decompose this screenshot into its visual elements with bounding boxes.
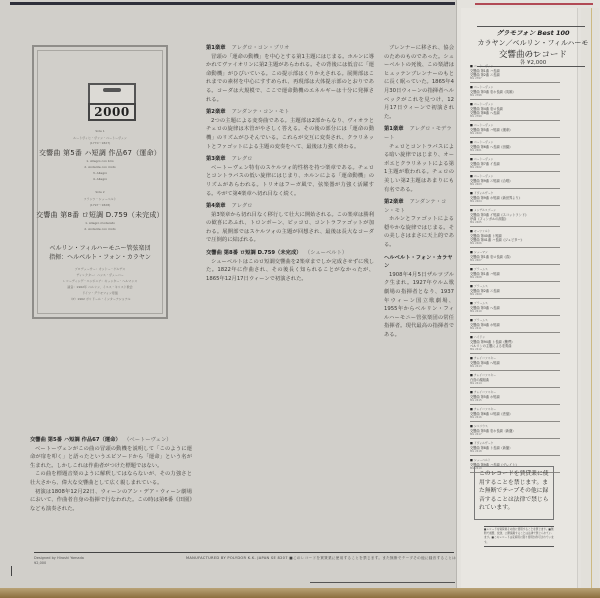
side2-composer-dates: (1797〜1828): [34, 203, 166, 207]
footer-rule-lower: [310, 582, 455, 583]
catalog-item: メンデルスゾーン交響曲 第3番 イ短調《スコットランド》序曲《フィンガルの洞窟》…: [470, 208, 560, 227]
tracklist-panel: Deutsche Grammophon 2000 Side 1 ルートヴィヒ・ヴ…: [32, 45, 168, 319]
section-heading: 第1楽章アレグロ・モデラート: [384, 125, 454, 142]
catalog-item: チャイコフスキー白鳥の湖組曲MG 2414: [470, 373, 560, 388]
movement: 3. Allegro: [34, 171, 166, 175]
catalog-item: チャイコフスキー交響曲 第6番 ロ短調《悲愴》MG 2416: [470, 407, 560, 422]
paragraph: 1908年4月5日ザルツブルク生まれ。1927年ウルム歌劇場の指揮者となり、19…: [384, 271, 454, 340]
notes-column-3: ブレンナーに移され、協会のためのものであった。シューベルトの死後、この楽譜はヒュ…: [384, 44, 454, 544]
rental-notice: このレコードを賃貸業に使用することを禁じます。また無断でテープその他に録音するこ…: [474, 466, 554, 520]
catalog-item: ベートーヴェン交響曲 第3番 変ホ長調《英雄》MG 2398: [470, 85, 560, 100]
spacer: [206, 283, 374, 287]
notes-column-1: 交響曲 第5番 ハ短調 作品67（運命）（ベートーヴェン） ベートーヴェンがこの…: [30, 436, 192, 550]
designer-credit: Designed by Hiroshi Yamada ¥2,000: [34, 556, 84, 566]
catalog-item: ベートーヴェン交響曲 第7番 イ長調MG 2402: [470, 157, 560, 172]
credit-line: プロデューサー：オットー・ゲルデス: [34, 267, 166, 271]
section-heading: 第4楽章アレグロ: [206, 202, 374, 211]
section-heading: ヘルベルト・フォン・カラヤン: [384, 254, 454, 271]
notes-column-2: 第1楽章アレグロ・コン・ブリオ冒頭の「運命の動機」を中心とする第1主題にはじまる…: [206, 44, 374, 544]
obi-series: グラモフォン Best 100: [477, 28, 589, 37]
manufacturer-line: MANUFACTURED BY POLYDOR K.K. JAPAN SE 82…: [186, 556, 456, 561]
background-surface: [0, 588, 600, 598]
conductor: 指揮：ヘルベルト・フォン・カラヤン: [34, 252, 166, 261]
paragraph: ホルンとファゴットによる穏やかな旋律ではじまる。その美しさはまさに天上的である。: [384, 215, 454, 249]
catalog-item: ハイドン交響曲 第94番 ト長調《驚愕》ベルリンの主題による変奏曲MG 2412: [470, 335, 560, 354]
section-heading: 第1楽章アレグロ・コン・ブリオ: [206, 44, 374, 53]
catalog-item: ベートーヴェン交響曲 第6番 ヘ長調《田園》MG 2401: [470, 140, 560, 155]
movement: 4. Allegro: [34, 177, 166, 181]
paragraph: この曲を標題音楽のように解釈してはならないが、その力強さと壮大さから、偉大な交響…: [30, 470, 192, 487]
paragraph: チェロとコントラバスによる暗い旋律ではじまり、オーボエとクラリネットによる第1主…: [384, 143, 454, 195]
footer-rule: [34, 552, 454, 553]
side1-composer-dates: (1770〜1827): [34, 141, 166, 145]
credit-line: 録音：1962年 ベルリン、イエス・キリスト教会: [34, 285, 166, 289]
catalog-item: ブラームス交響曲 第2番 ニ長調MG 2409: [470, 284, 560, 299]
rental-notice-fine: ■レコードを賃貸業その他に使用することを禁じます。■無断で複製、放送、公開演奏す…: [484, 526, 554, 547]
side2-work-title: 交響曲 第8番 ロ短調 D.759（未完成）: [34, 210, 166, 220]
spacer: [384, 340, 454, 344]
catalog-item: シベリウス交響曲 第5番 変ホ長調（新盤）MG 2417: [470, 424, 560, 439]
catalog-item: ベートーヴェン交響曲 第5番 ハ短調《運命》MG 2400: [470, 123, 560, 138]
paragraph: 冒頭の「運命の動機」を中心とする第1主題にはじまる。ホルンに導かれてヴァイオリン…: [206, 53, 374, 105]
catalog-item: ブラームス交響曲 第4番 ホ短調MG 2411: [470, 318, 560, 333]
catalog-item: モーツァルト交響曲 第40番 ト短調交響曲 第41番 ハ長調《ジュピター》MG …: [470, 229, 560, 248]
spine-fold-line: [591, 8, 592, 588]
paragraph: 第3楽章から切れ目なく移行して壮大に開始される。この楽章は勝利の歓喜にあふれ、ト…: [206, 211, 374, 245]
top-edge-bar: [10, 2, 455, 5]
section-heading: 第3楽章アレグロ: [206, 155, 374, 164]
side2-label: Side 2: [34, 190, 166, 194]
dg-logo: Deutsche Grammophon: [88, 83, 136, 105]
catalog-item: ブラームス交響曲 第3番 ヘ長調MG 2410: [470, 301, 560, 316]
catalog-item: ドヴォルザーク交響曲 第9番 ホ短調《新世界より》MG 2404: [470, 191, 560, 206]
section-heading: 第2楽章アンダンテ・コン・モト: [384, 198, 454, 215]
section-heading: 第2楽章アンダンテ・コン・モト: [206, 108, 374, 117]
movement: 1. Allegro con brio: [34, 159, 166, 163]
catalog-item: ブラームス交響曲 第1番 ハ短調MG 2408: [470, 267, 560, 282]
paragraph: シューベルトはこのロ短調交響曲を2楽章までしか完成させずに残した。1822年に作…: [206, 258, 374, 284]
credit-line: ドイツ・グラモフォン原盤: [34, 291, 166, 295]
section-heading: 交響曲 第5番 ハ短調 作品67（運命）（ベートーヴェン）: [30, 436, 192, 445]
obi-rule: [477, 26, 585, 27]
edge-mark: [11, 566, 12, 576]
side2-composer: フランツ・シューベルト: [34, 197, 166, 201]
orchestra: ベルリン・フィルハーモニー管弦楽団: [34, 243, 166, 252]
catalog-item: シューマン交響曲 第1番 変ロ長調《春》MG 2407: [470, 250, 560, 265]
catalog-item: ドヴォルザーク交響曲 第8番 ト長調（新盤）MG 2418: [470, 441, 560, 456]
obi-red-line: [475, 3, 593, 5]
catalog-item: チャイコフスキー交響曲 第4番 ヘ短調MG 2413: [470, 356, 560, 371]
record-sleeve-back: Deutsche Grammophon 2000 Side 1 ルートヴィヒ・ヴ…: [0, 0, 600, 592]
movement: 2. Andante con moto: [34, 165, 166, 169]
obi-spine: [581, 8, 599, 588]
catalog-item: チャイコフスキー交響曲 第5番 ホ短調MG 2415: [470, 390, 560, 405]
credit-line: （P）1962 ポリドール・インターナショナル: [34, 297, 166, 301]
side1-work-title: 交響曲 第5番 ハ短調 作品67（運命）: [34, 148, 166, 158]
tulip-icon: [103, 88, 121, 92]
paragraph: 2つの主題による変奏曲である。主題部は2部からなり、ヴィオラとチェロの旋律は木管…: [206, 117, 374, 151]
credit-line: ディレクター：ハンス・ヴェーバー: [34, 273, 166, 277]
section-heading: 交響曲 第8番 ロ短調 D.759（未完成）（シューベルト）: [206, 249, 374, 258]
series-badge: 2000: [88, 103, 136, 121]
movement: 2. Andante con moto: [34, 227, 166, 231]
paragraph: 初演は1808年12月22日、ウィーンのアン・デア・ウィーン劇場において、作曲者…: [30, 488, 192, 514]
side1-composer: ルートヴィヒ・ヴァン・ベートーヴェン: [34, 136, 166, 140]
paragraph: ベートーヴェン特有のスケルツォ的性格を持つ楽章である。チェロとコントラバスの低い…: [206, 164, 374, 198]
paragraph: ベートーヴェンがこの曲の冒頭の動機を説明して「このように運命が扉を叩く」と語った…: [30, 445, 192, 471]
movement: 1. Allegro moderato: [34, 221, 166, 225]
paragraph: ブレンナーに移され、協会のためのものであった。シューベルトの死後、この楽譜はヒュ…: [384, 44, 454, 121]
obi-catalog-list: ベートーヴェン交響曲 第1番 ハ長調交響曲 第2番 ニ長調MG 2397ベートー…: [470, 64, 560, 475]
credit-line: レコーディング・エンジニア：ギュンター・ヘルマンス: [34, 279, 166, 283]
catalog-item: ベートーヴェン交響曲 第9番 ニ短調《合唱》MG 2403: [470, 174, 560, 189]
catalog-item: ベートーヴェン交響曲 第4番 変ロ長調交響曲 第8番 ヘ長調MG 2399: [470, 102, 560, 121]
side1-label: Side 1: [34, 129, 166, 133]
catalog-item: ベートーヴェン交響曲 第1番 ハ長調交響曲 第2番 ニ長調MG 2397: [470, 64, 560, 83]
